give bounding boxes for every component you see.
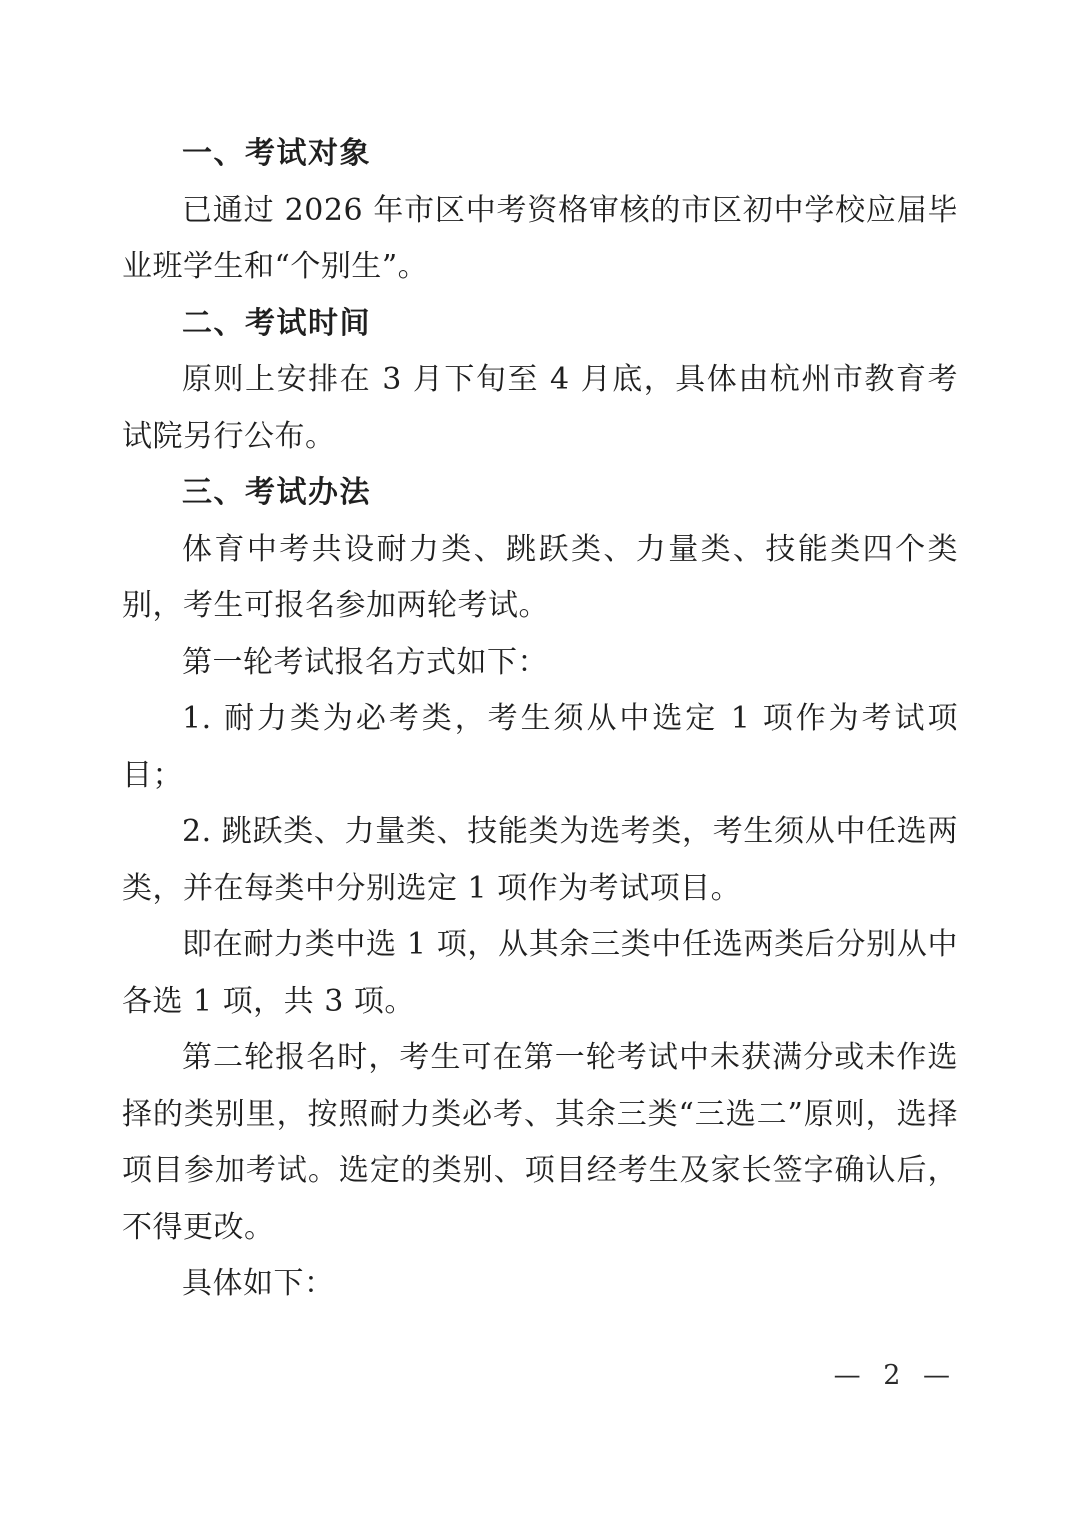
heading-exam-method: 三、考试办法	[122, 465, 958, 522]
heading-exam-candidates: 一、考试对象	[122, 126, 958, 183]
paragraph-round1-rule-2: 2. 跳跃类、力量类、技能类为选考类，考生须从中任选两类，并在每类中分别选定 1…	[122, 804, 958, 917]
paragraph-details-intro: 具体如下：	[122, 1256, 958, 1313]
page-number: — 2 —	[834, 1360, 950, 1392]
document-body: 一、考试对象 已通过 2026 年市区中考资格审核的市区初中学校应届毕业班学生和…	[122, 126, 958, 1313]
heading-exam-time: 二、考试时间	[122, 296, 958, 353]
paragraph-exam-categories: 体育中考共设耐力类、跳跃类、力量类、技能类四个类别，考生可报名参加两轮考试。	[122, 522, 958, 635]
paragraph-round1-intro: 第一轮考试报名方式如下：	[122, 635, 958, 692]
paragraph-exam-time: 原则上安排在 3 月下旬至 4 月底，具体由杭州市教育考试院另行公布。	[122, 352, 958, 465]
paragraph-round1-rule-1: 1. 耐力类为必考类，考生须从中选定 1 项作为考试项目；	[122, 691, 958, 804]
document-page: 一、考试对象 已通过 2026 年市区中考资格审核的市区初中学校应届毕业班学生和…	[0, 0, 1080, 1526]
paragraph-exam-candidates: 已通过 2026 年市区中考资格审核的市区初中学校应届毕业班学生和“个别生”。	[122, 183, 958, 296]
paragraph-round2-rules: 第二轮报名时，考生可在第一轮考试中未获满分或未作选择的类别里，按照耐力类必考、其…	[122, 1030, 958, 1256]
paragraph-round1-summary: 即在耐力类中选 1 项，从其余三类中任选两类后分别从中各选 1 项，共 3 项。	[122, 917, 958, 1030]
